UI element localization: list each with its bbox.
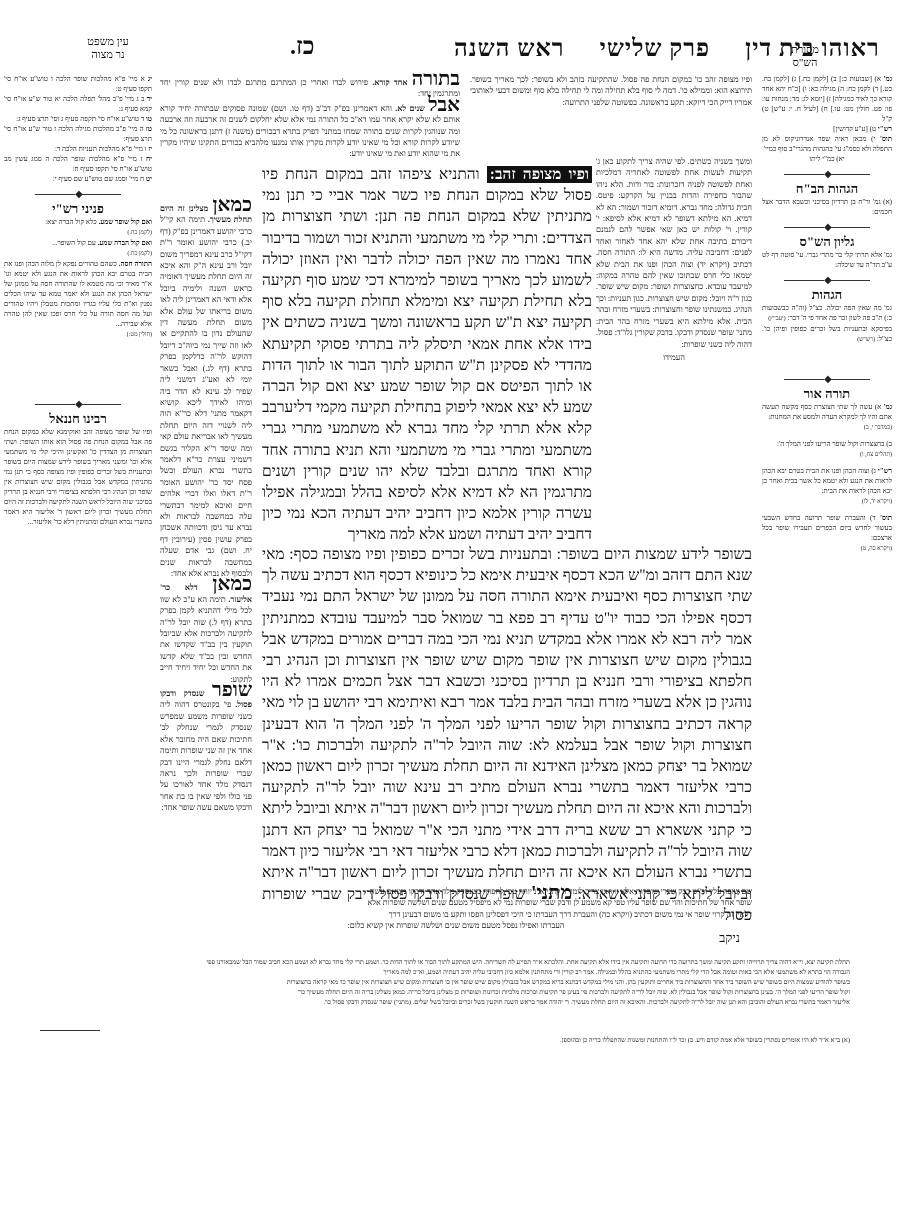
rashi-text: ומשך בשניה כשתים. לפי שהיה צריך לתקוע כא… (596, 156, 752, 350)
gilyon-hashas-title: גליון הש"ס (762, 237, 892, 247)
tosafot-top: בתורה אחד קורא. פירוש לבדו ואחרי כן המתר… (160, 74, 460, 160)
gemara-text: ופיו מצופה זהב: והתניא ציפהו זהב במקום ה… (262, 164, 592, 546)
daf-number: כז. (290, 34, 314, 61)
hagahot-habach-text: (א) גמ' ור"ח בן תרדיון בסיכני וכשבא הדבר… (762, 197, 892, 217)
mesoret-label: מסורת (780, 44, 830, 57)
catchword: ניקב (262, 927, 740, 948)
tosafot-column: כמאן מצלינן זה היום תחלת מעשיך. תימה הא … (160, 200, 252, 814)
gemara-opening-word: ופיו מצופה זהב: (487, 166, 592, 183)
torah-or-title: תורה אור (762, 389, 892, 399)
ornament-divider: ◆ (4, 190, 152, 200)
rashi-text-top: ופיו מצופה זהב כו' במקום הנחת פה פסול. ש… (470, 74, 752, 108)
rashi-catchword: העמידו (596, 352, 752, 363)
ner-mitzvah-label: נר מצוה (78, 49, 138, 62)
hagahot-habach-title: הגהות הב"ח (762, 184, 892, 194)
pnei-rashi-title: פניני רש"י (4, 204, 152, 214)
rabbeinu-chananel-text: ופיו של שופר מצופה זהב ואוקימנא שלא במקו… (4, 427, 152, 527)
right-margin: גמ' א) [שבועות כ:] ב) [לקמן כח.] ג) [לקמ… (762, 74, 892, 554)
rashi-column: ומשך בשניה כשתים. לפי שהיה צריך לתקוע כא… (596, 156, 752, 363)
chapter-number: פרק שלישי (600, 36, 710, 62)
ornament-divider: ◆ (762, 276, 892, 286)
footnotes: (א) ב"א א"ר לא היו אומרים נסתרין בשופר א… (40, 1036, 850, 1046)
mesoret-hashas: גמ' א) [שבועות כ:] ב) [לקמן כח.] ג) [לקמ… (762, 74, 892, 164)
gemara-text-wide: בשופר לידע שמצות היום בשופר: ובתעניות בש… (262, 544, 752, 948)
ein-mishpat-header: עין משפט נר מצוה (78, 36, 138, 62)
tractate-name: ראש השנה (454, 36, 565, 62)
mishna-label: מתני' (531, 882, 572, 904)
gilyon-hashas-text: גמ' אלא תרתי קלי בר מתרי גברי. עי' סוטה … (762, 250, 892, 270)
ornament-divider: ◆ (762, 375, 892, 385)
rabbeinu-chananel-title: רבינו חננאל (4, 414, 152, 424)
footnote-rule (40, 1030, 100, 1031)
ein-mishpat: יג א מיי' פ"א מהלכות שופר הלכה ו טוש"ע א… (4, 74, 152, 184)
mesoret-header: מסורת הש"ס (780, 44, 830, 70)
ornament-divider: ◆ (762, 223, 892, 233)
left-margin: יג א מיי' פ"א מהלכות שופר הלכה ו טוש"ע א… (4, 74, 152, 527)
bottom-commentary: תחלת תקיעה יצא, וי"א דהוה צריך תרוייהו ו… (40, 958, 850, 1008)
ornament-divider: ◆ (4, 400, 152, 410)
hagahot-title: הגהות (762, 290, 892, 300)
ornament-divider: ◆ (762, 170, 892, 180)
rashi-top: ופיו מצופה זהב כו' במקום הנחת פה פסול. ש… (470, 74, 752, 108)
ein-mishpat-label: עין משפט (78, 36, 138, 49)
hashas-label: הש"ס (780, 57, 830, 70)
